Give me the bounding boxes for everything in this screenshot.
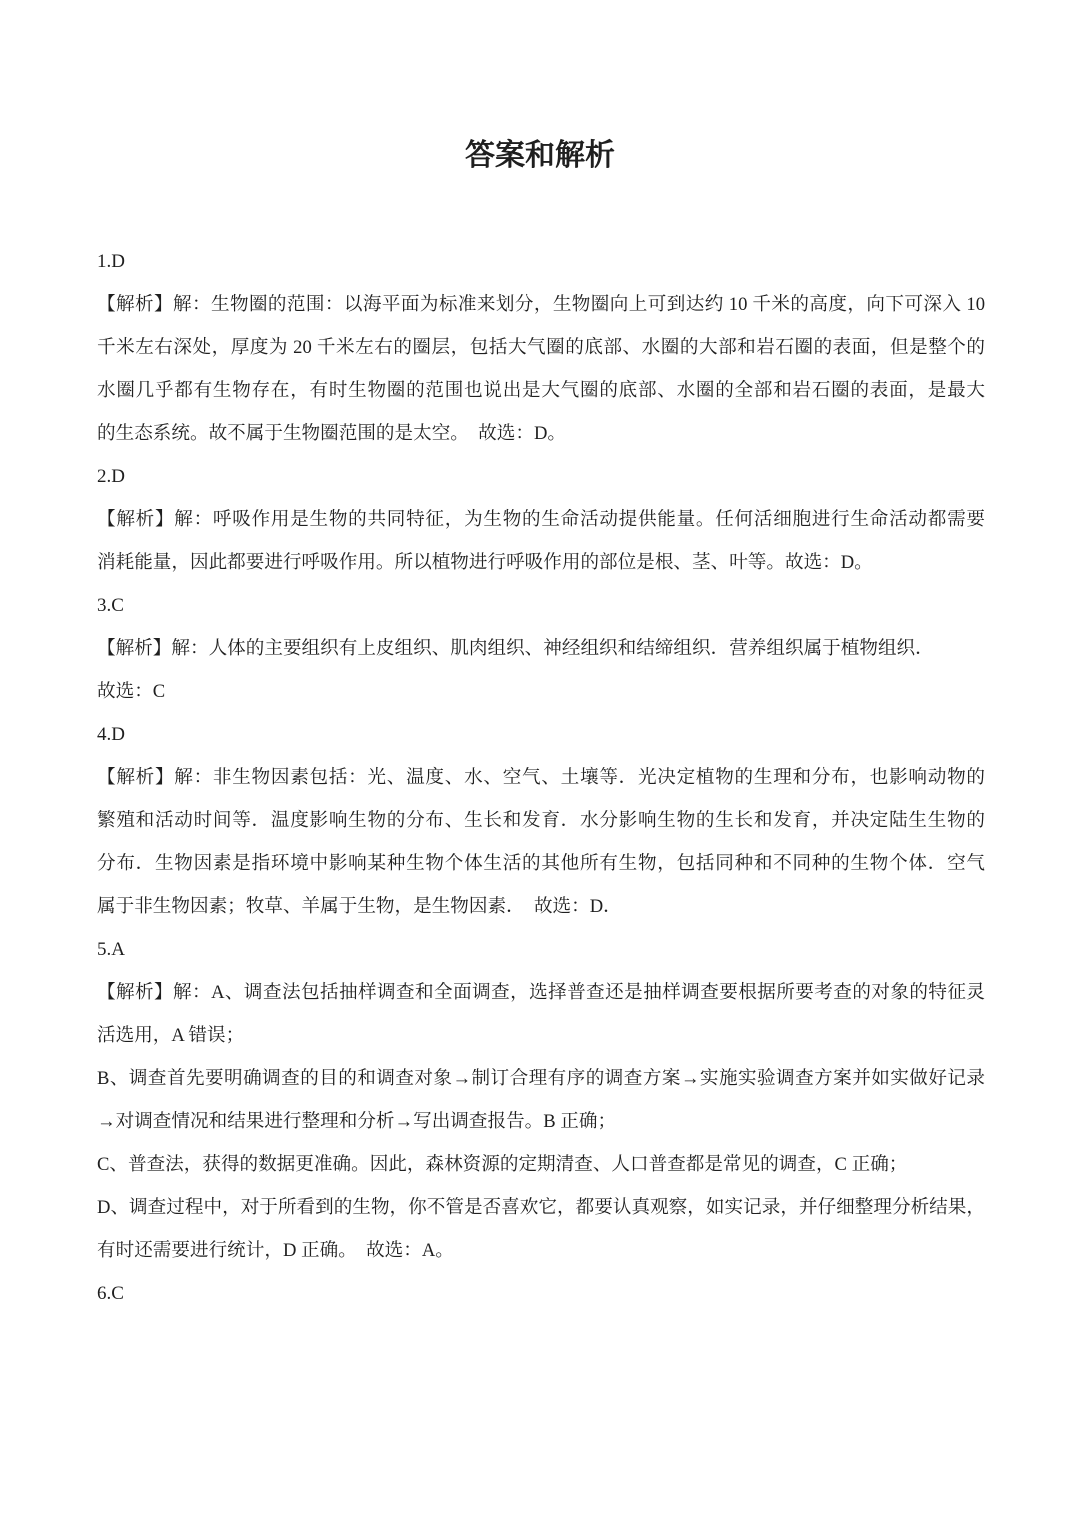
explanation-line: 的生态系统。故不属于生物圈范围的是太空。 故选：D。 [97,412,985,455]
answer-label: 3.C [97,584,985,627]
answer-label: 6.C [97,1272,985,1315]
explanation-line: 【解析】解：非生物因素包括：光、温度、水、空气、土壤等．光决定植物的生理和分布，… [97,756,985,799]
answer-label: 1.D [97,240,985,283]
explanation-line: D、调查过程中，对于所看到的生物，你不管是否喜欢它，都要认真观察，如实记录，并仔… [97,1186,985,1229]
answer-sheet-page: 答案和解析 1.D【解析】解：生物圈的范围：以海平面为标准来划分，生物圈向上可到… [0,0,1080,1527]
explanation-line: 【解析】解：人体的主要组织有上皮组织、肌肉组织、神经组织和结缔组织．营养组织属于… [97,627,985,670]
explanation-line: 繁殖和活动时间等．温度影响生物的分布、生长和发育．水分影响生物的生长和发育，并决… [97,799,985,842]
explanation-line: C、普查法，获得的数据更准确。因此，森林资源的定期清查、人口普查都是常见的调查，… [97,1143,985,1186]
explanation-line: 水圈几乎都有生物存在，有时生物圈的范围也说出是大气圈的底部、水圈的全部和岩石圈的… [97,369,985,412]
answer-section: 2.D【解析】解：呼吸作用是生物的共同特征，为生物的生命活动提供能量。任何活细胞… [97,455,985,584]
explanation-line: →对调查情况和结果进行整理和分析→写出调查报告。B 正确； [97,1100,985,1143]
explanation-line: 分布．生物因素是指环境中影响某种生物个体生活的其他所有生物，包括同种和不同种的生… [97,842,985,885]
answer-label: 2.D [97,455,985,498]
explanation-line: 【解析】解：呼吸作用是生物的共同特征，为生物的生命活动提供能量。任何活细胞进行生… [97,498,985,541]
explanation-line: 故选：C [97,670,985,713]
explanation-line: 活选用，A 错误； [97,1014,985,1057]
document-title: 答案和解析 [0,0,1080,176]
answer-section: 4.D【解析】解：非生物因素包括：光、温度、水、空气、土壤等．光决定植物的生理和… [97,713,985,928]
answer-section: 3.C【解析】解：人体的主要组织有上皮组织、肌肉组织、神经组织和结缔组织．营养组… [97,584,985,713]
answer-label: 5.A [97,928,985,971]
explanation-line: 属于非生物因素；牧草、羊属于生物，是生物因素． 故选：D． [97,885,985,928]
answers-content: 1.D【解析】解：生物圈的范围：以海平面为标准来划分，生物圈向上可到达约 10 … [0,176,1080,1315]
explanation-line: 【解析】解：A、调查法包括抽样调查和全面调查，选择普查还是抽样调查要根据所要考查… [97,971,985,1014]
answer-section: 6.C [97,1272,985,1315]
answer-section: 5.A【解析】解：A、调查法包括抽样调查和全面调查，选择普查还是抽样调查要根据所… [97,928,985,1272]
explanation-line: B、调查首先要明确调查的目的和调查对象→制订合理有序的调查方案→实施实验调查方案… [97,1057,985,1100]
explanation-line: 千米左右深处，厚度为 20 千米左右的圈层，包括大气圈的底部、水圈的大部和岩石圈… [97,326,985,369]
answer-section: 1.D【解析】解：生物圈的范围：以海平面为标准来划分，生物圈向上可到达约 10 … [97,240,985,455]
explanation-line: 消耗能量，因此都要进行呼吸作用。所以植物进行呼吸作用的部位是根、茎、叶等。故选：… [97,541,985,584]
explanation-line: 有时还需要进行统计，D 正确。 故选：A。 [97,1229,985,1272]
explanation-line: 【解析】解：生物圈的范围：以海平面为标准来划分，生物圈向上可到达约 10 千米的… [97,283,985,326]
answer-label: 4.D [97,713,985,756]
